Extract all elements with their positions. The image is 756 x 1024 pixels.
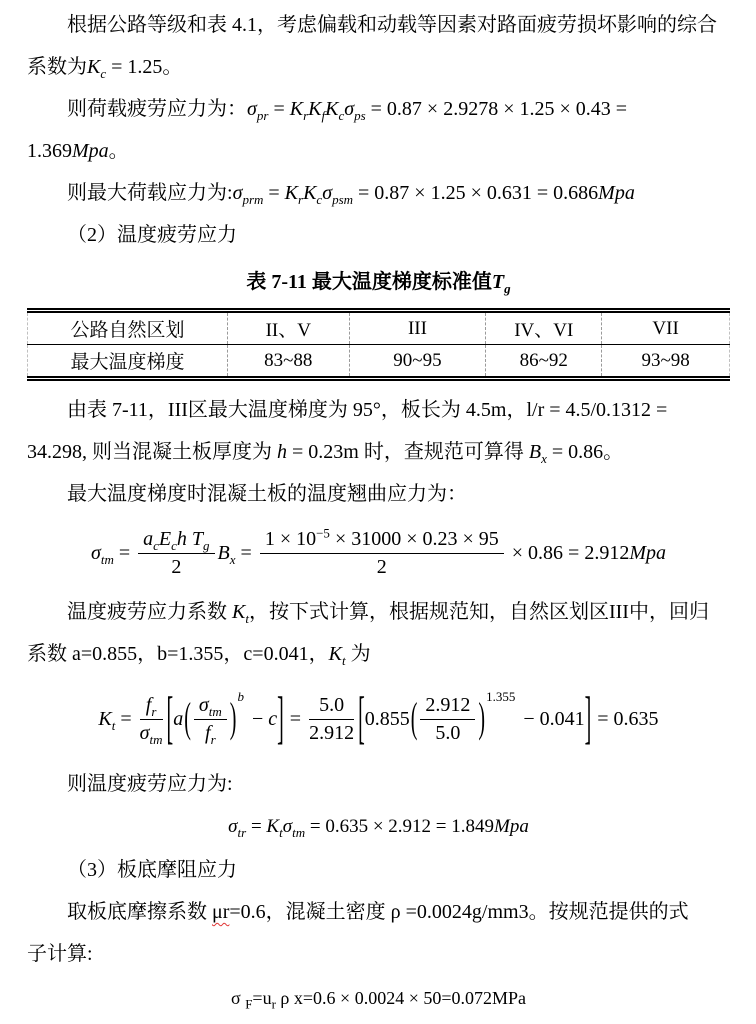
- text-token: Tg: [492, 271, 511, 293]
- fraction: 5.02.912: [309, 693, 354, 746]
- para-kc-line2: 系数为Kc = 1.25。: [27, 46, 730, 88]
- table-value-cell: 93~98: [602, 345, 730, 379]
- text-token: 为: [346, 643, 371, 665]
- text-token: × 31000 × 0.23 × 95: [330, 528, 499, 550]
- text-token: 则温度疲劳应力为:: [67, 773, 233, 795]
- text-token: 1.369: [27, 140, 72, 162]
- text-token: =: [246, 816, 266, 838]
- text-token: h: [177, 528, 187, 550]
- temp-fatigue-intro: 则温度疲劳应力为:: [27, 763, 730, 805]
- open-bracket: (: [411, 698, 418, 740]
- bracket-group: (σtmfr)b: [184, 693, 246, 746]
- text-token: 34.298, 则当混凝土板厚度为: [27, 441, 277, 463]
- text-token: =: [114, 542, 135, 565]
- text-token: =: [263, 182, 284, 204]
- text-token: Kt: [98, 708, 115, 731]
- text-token: 2: [377, 556, 387, 578]
- text-token: σtm: [199, 694, 222, 716]
- friction-line1: 取板底摩擦系数 μr=0.6，混凝土密度 ρ =0.0024g/mm3。按规范提…: [27, 891, 730, 933]
- close-bracket: ): [230, 698, 237, 740]
- fraction: acEch Tg2: [138, 527, 214, 580]
- text-token: ，按下式计算，根据规范知，自然区划区III中，回归: [249, 601, 709, 623]
- table-header-cell: 公路自然区划: [28, 311, 228, 345]
- text-token: =: [115, 708, 136, 731]
- text-token: 5.0: [319, 694, 344, 716]
- text-token: −: [247, 708, 268, 731]
- text-token: 由表 7-11，III区最大温度梯度为 95°，板长为 4.5m，l/r = 4…: [67, 399, 667, 421]
- text-token: 表 7-11 最大温度梯度标准值: [246, 271, 492, 293]
- kt-intro-line1: 温度疲劳应力系数 Kt，按下式计算，根据规范知，自然区划区III中，回归: [27, 591, 730, 633]
- text-token: = 0.86。: [547, 441, 623, 463]
- text-token: 2: [171, 556, 181, 578]
- text-token: 5.0: [435, 722, 460, 744]
- exponent: b: [237, 690, 244, 703]
- text-token: Kc: [87, 56, 106, 78]
- text-token: Mpa: [629, 542, 666, 565]
- text-token: Kc: [325, 98, 344, 120]
- warp-stress-intro: 最大温度梯度时混凝土板的温度翘曲应力为：: [27, 473, 730, 515]
- text-token: − 0.041: [518, 708, 584, 731]
- text-token: 最大温度梯度时混凝土板的温度翘曲应力为：: [67, 483, 467, 505]
- open-bracket: [: [358, 690, 365, 748]
- text-token: 系数 a=0.855，b=1.355，c=0.041，: [27, 643, 329, 665]
- bracket-group: (2.9125.0)1.355: [411, 693, 518, 746]
- text-token: ac: [143, 528, 159, 550]
- fraction: 1 × 10−5 × 31000 × 0.23 × 952: [260, 527, 504, 580]
- text-token: 子计算:: [27, 943, 93, 965]
- text-token: 温度疲劳应力系数: [67, 601, 232, 623]
- load-fatigue-stress-line2: 1.369Mpa。: [27, 130, 730, 172]
- text-token: = 0.87 × 1.25 × 0.631 = 0.686: [353, 182, 598, 204]
- kt-intro-line2: 系数 a=0.855，b=1.355，c=0.041，Kt 为: [27, 633, 730, 675]
- text-token: 则荷载疲劳应力为：: [67, 98, 247, 120]
- spellcheck-underlined-text: μr: [212, 901, 229, 923]
- text-token: =: [268, 98, 289, 120]
- text-token: σtm: [140, 722, 163, 744]
- open-bracket: (: [184, 698, 191, 740]
- text-token: fr: [205, 722, 216, 744]
- text-token: Kr: [290, 98, 308, 120]
- text-token: σtm: [91, 542, 114, 565]
- text-token: = 0.635: [592, 708, 658, 731]
- text-token: =: [236, 542, 257, 565]
- text-token: σtr: [228, 816, 246, 838]
- text-token: σpr: [247, 98, 268, 120]
- para-table-ref-line2: 34.298, 则当混凝土板厚度为 h = 0.23m 时，查规范可算得 Bx …: [27, 431, 730, 473]
- formula-sigma-tm: σtm = acEch Tg2Bx = 1 × 10−5 × 31000 × 0…: [27, 515, 730, 591]
- load-fatigue-stress-line1: 则荷载疲劳应力为：σpr = KrKfKcσps = 0.87 × 2.9278…: [27, 88, 730, 130]
- text-token: σpsm: [322, 182, 353, 204]
- text-token: 2.912: [309, 722, 354, 744]
- text-token: Mpa: [72, 140, 109, 162]
- friction-line2: 子计算:: [27, 933, 730, 975]
- table-value-cell: 90~95: [349, 345, 486, 379]
- text-token: Kt: [266, 816, 282, 838]
- text-token: Mpa: [494, 816, 529, 838]
- text-token: σprm: [233, 182, 264, 204]
- formula-sigma-f: σ F=ur ρ x=0.6 × 0.0024 × 50=0.072MPa: [27, 975, 730, 1021]
- text-token: Bx: [529, 441, 547, 463]
- text-token: 则最大荷载应力为:: [67, 182, 233, 204]
- table-row: 公路自然区划II、VIIIIV、VIVII: [28, 311, 730, 345]
- bracket-group: [a(σtmfr)b − c]: [167, 693, 284, 746]
- text-token: （2）温度疲劳应力: [67, 224, 237, 246]
- table-7-11-title: 表 7-11 最大温度梯度标准值Tg: [27, 256, 730, 308]
- text-token: =: [285, 708, 306, 731]
- text-token: σtm: [283, 816, 305, 838]
- close-bracket: ]: [277, 690, 284, 748]
- document-page: 根据公路等级和表 4.1，考虑偏载和动载等因素对路面疲劳损坏影响的综合系数为Kc…: [0, 0, 756, 1024]
- text-token: Ec: [159, 528, 177, 550]
- text-token: Kt: [232, 601, 249, 623]
- open-bracket: [: [167, 690, 174, 748]
- text-token: 取板底摩擦系数: [67, 901, 212, 923]
- text-token: =0.6，混凝土密度 ρ =0.0024g/mm3。按规范提供的式: [229, 901, 688, 923]
- fraction: 2.9125.0: [420, 693, 475, 746]
- text-token: 1 × 10−5: [265, 528, 330, 550]
- text-token: = 0.87 × 2.9278 × 1.25 × 0.43 =: [366, 98, 627, 120]
- close-bracket: ]: [585, 690, 592, 748]
- exponent: 1.355: [486, 690, 515, 703]
- table-value-cell: 86~92: [486, 345, 602, 379]
- text-token: （3）板底摩阻应力: [67, 859, 237, 881]
- text-token: 系数为: [27, 56, 87, 78]
- text-token: h: [277, 441, 287, 463]
- table-header-cell: IV、VI: [486, 311, 602, 345]
- text-token: fr: [146, 694, 157, 716]
- text-token: = 0.635 × 2.912 = 1.849: [305, 816, 494, 838]
- text-token: a: [173, 708, 183, 731]
- text-token: 0.855: [365, 708, 410, 731]
- text-token: 根据公路等级和表 4.1，考虑偏载和动载等因素对路面疲劳损坏影响的综合: [67, 14, 717, 36]
- formula-sigma-tr: σtr = Ktσtm = 0.635 × 2.912 = 1.849Mpa: [27, 805, 730, 849]
- table-value-cell: 83~88: [228, 345, 349, 379]
- text-token: × 0.86 = 2.912: [507, 542, 630, 565]
- text-token: Bx: [218, 542, 236, 565]
- max-load-stress-line: 则最大荷载应力为:σprm = KrKcσpsm = 0.87 × 1.25 ×…: [27, 172, 730, 214]
- text-token: Kf: [308, 98, 325, 120]
- document-body: 根据公路等级和表 4.1，考虑偏载和动载等因素对路面疲劳损坏影响的综合系数为Kc…: [27, 4, 730, 1021]
- table-header-cell: VII: [602, 311, 730, 345]
- table-value-cell: 最大温度梯度: [28, 345, 228, 379]
- text-token: =ur: [252, 988, 276, 1009]
- text-token: 2.912: [425, 694, 470, 716]
- text-token: = 1.25。: [106, 56, 182, 78]
- text-token: Mpa: [598, 182, 635, 204]
- text-token: σ F: [231, 988, 252, 1009]
- para-table-ref-line1: 由表 7-11，III区最大温度梯度为 95°，板长为 4.5m，l/r = 4…: [27, 389, 730, 431]
- text-token: = 0.23m 时，查规范可算得: [287, 441, 529, 463]
- text-token: σps: [344, 98, 365, 120]
- text-token: Kc: [303, 182, 322, 204]
- table-header-cell: II、V: [228, 311, 349, 345]
- text-token: Kt: [329, 643, 346, 665]
- section-3-heading: （3）板底摩阻应力: [27, 849, 730, 891]
- fraction: σtmfr: [194, 693, 227, 746]
- fraction: frσtm: [140, 693, 163, 746]
- para-kc-line1: 根据公路等级和表 4.1，考虑偏载和动载等因素对路面疲劳损坏影响的综合: [27, 4, 730, 46]
- table-row: 最大温度梯度83~8890~9586~9293~98: [28, 345, 730, 379]
- table-header-cell: III: [349, 311, 486, 345]
- text-token: 。: [109, 140, 129, 162]
- close-bracket: ): [478, 698, 485, 740]
- formula-kt: Kt = frσtm[a(σtmfr)b − c] = 5.02.912[0.8…: [27, 675, 730, 763]
- table-7-11: 公路自然区划II、VIIIIV、VIVII最大温度梯度83~8890~9586~…: [27, 308, 730, 381]
- text-token: ρ x=0.6 × 0.0024 × 50=0.072MPa: [276, 988, 526, 1009]
- text-token: Tg: [192, 528, 210, 550]
- section-2-heading: （2）温度疲劳应力: [27, 214, 730, 256]
- text-token: Kr: [285, 182, 303, 204]
- bracket-group: [0.855(2.9125.0)1.355 − 0.041]: [358, 693, 591, 746]
- text-token: c: [268, 708, 277, 731]
